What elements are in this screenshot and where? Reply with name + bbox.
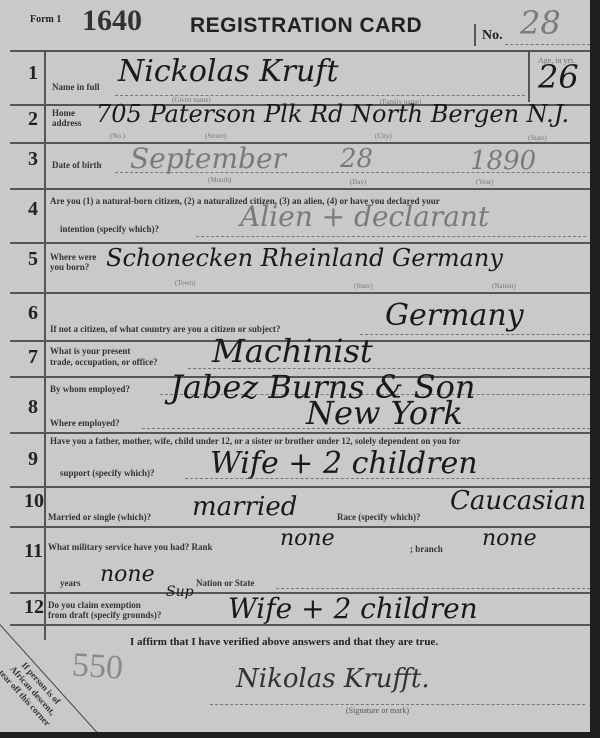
birth-day-value: 28 [340,144,373,174]
race-value: Caucasian [450,486,586,516]
name-label: Name in full [52,82,100,92]
row-number: 9 [28,448,38,471]
stamp-number: 550 [71,646,125,687]
scan-edge-bottom [0,732,600,738]
military-branch-value: none [482,526,537,551]
citizen-country-value: Germany [385,298,524,333]
birth-year-value: 1890 [470,146,536,176]
row-number: 1 [28,62,38,85]
row-number: 11 [24,540,43,563]
affirmation-text: I affirm that I have verified above answ… [130,636,438,648]
citizenship-status-value: Alien + declarant [240,200,489,233]
row-number: 7 [28,346,38,369]
number-column-divider [44,50,46,640]
row-number: 8 [28,396,38,419]
employment-location-value: New York [306,394,463,432]
form-label: Form 1 [30,14,61,25]
military-years-value: none [100,562,155,587]
serial-number: 1640 [82,4,142,38]
scan-edge-right [590,0,600,738]
home-address-value: 705 Paterson Plk Rd North Bergen N.J. [96,100,569,128]
card-number: 28 [520,4,561,42]
dependents-value: Wife + 2 children [210,446,478,481]
row-number: 2 [28,108,38,131]
marital-status-value: married [192,492,297,522]
row-number: 3 [28,148,38,171]
age-value: 26 [538,58,579,96]
military-rank-value: none [280,526,335,551]
signature: Nikolas Krufft. [236,664,430,694]
row-number: 5 [28,248,38,271]
exemption-value: Wife + 2 children [228,592,478,625]
header-divider [474,24,476,46]
row-number: 10 [24,490,44,513]
exemption-annotation: Sup [166,584,194,600]
birthplace-value: Schonecken Rheinland Germany [106,244,503,272]
full-name-value: Nickolas Kruft [118,54,339,89]
row-number: 6 [28,302,38,325]
signature-label: (Signature or mark) [346,706,409,715]
no-label: No. [482,28,503,44]
row-number: 4 [28,198,38,221]
page-title: REGISTRATION CARD [190,14,422,38]
row-number: 12 [24,596,44,619]
birth-month-value: September [130,142,286,175]
occupation-value: Machinist [212,332,373,370]
registration-card: Form 1 1640 REGISTRATION CARD No. 28 1 N… [0,0,590,732]
